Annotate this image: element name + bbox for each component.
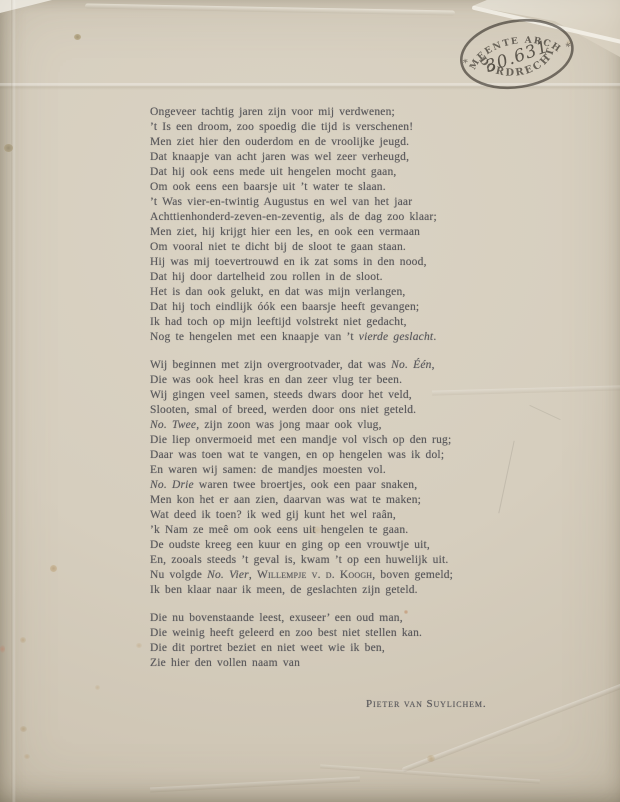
poem-line: Men kon het er aan zien, daarvan was wat… xyxy=(150,493,453,508)
poem-line: ’k Nam ze meê om ook eens uit hengelen t… xyxy=(150,523,453,538)
bottom-crease-right xyxy=(320,764,540,783)
faint-pencil-mark xyxy=(529,405,560,420)
poem-line: Die dit portret beziet en niet weet wie … xyxy=(150,641,453,656)
stamp-star-left: * xyxy=(462,58,469,70)
foxing-spot xyxy=(24,754,30,759)
poem-stanza: Ongeveer tachtig jaren zijn voor mij ver… xyxy=(150,105,453,345)
paper-sheet: GEMEENTE ARCHIEF DORDRECHT * * 30.631 On… xyxy=(0,0,620,802)
poem-line: Dat hij toch eindlijk óók een baarsje he… xyxy=(150,300,453,315)
bottom-crease-left xyxy=(150,777,360,793)
poem-line: En waren wij samen: de mandjes moesten v… xyxy=(150,463,453,478)
faint-pencil-mark xyxy=(498,441,514,514)
torn-corner-top-left xyxy=(0,0,52,13)
poem-line: Ongeveer tachtig jaren zijn voor mij ver… xyxy=(150,105,453,120)
poem-line: Hij was mij toevertrouwd en ik zat soms … xyxy=(150,255,453,270)
poem-line: Slooten, smal of breed, werden door ons … xyxy=(150,403,453,418)
foxing-spot xyxy=(50,565,57,572)
poem-line: No. Drie waren twee broertjes, ook een p… xyxy=(150,478,453,493)
poem-line: Men ziet hier den ouderdom en de vroolij… xyxy=(150,135,453,150)
poem-line: De oudste kreeg een kuur en ging op een … xyxy=(150,538,453,553)
poem-line: ’t Is een droom, zoo spoedig die tijd is… xyxy=(150,120,453,135)
foxing-spot xyxy=(95,685,100,690)
poem-line: Om ook eens een baarsje uit ’t water te … xyxy=(150,180,453,195)
poem-line: Nu volgde No. Vier, Willempje v. d. Koog… xyxy=(150,568,453,583)
poem-line: Wij gingen veel samen, steeds dwars door… xyxy=(150,388,453,403)
poem-line: Wat deed ik toen? ik wed gij kunt het we… xyxy=(150,508,453,523)
foxing-spot xyxy=(427,755,435,762)
poem-line: Die was ook heel kras en dan zeer vlug t… xyxy=(150,373,453,388)
signature-line: Pieter van Suylichem. xyxy=(366,698,487,710)
foxing-spot xyxy=(74,34,81,40)
poem-line: ’t Was vier-en-twintig Augustus en wel v… xyxy=(150,195,453,210)
foxing-spot xyxy=(20,637,26,643)
poem-line: En, zooals steeds ’t geval is, kwam ’t o… xyxy=(150,553,453,568)
poem-line: Achttienhonderd-zeven-en-zeventig, als d… xyxy=(150,210,453,225)
poem-stanza: Die nu bovenstaande leest, exuseer’ een … xyxy=(150,611,453,671)
poem-line: Dat knaapje van acht jaren was wel zeer … xyxy=(150,150,453,165)
poem-line: Dat hij ook eens mede uit hengelen mocht… xyxy=(150,165,453,180)
poem-line: Men ziet, hij krijgt hier een les, en oo… xyxy=(150,225,453,240)
poem-line: Die weinig heeft geleerd en zoo best nie… xyxy=(150,626,453,641)
vertical-fold-crease xyxy=(11,0,16,802)
poem-line: Dat hij door dartelheid zou rollen in de… xyxy=(150,270,453,285)
foxing-spot xyxy=(20,726,27,732)
poem-text: Ongeveer tachtig jaren zijn voor mij ver… xyxy=(150,105,453,684)
poem-line: Om vooral niet te dicht bij de sloot te … xyxy=(150,240,453,255)
foxing-spot xyxy=(0,645,5,653)
poem-line: Het is dan ook gelukt, en dat was mijn v… xyxy=(150,285,453,300)
poem-line: Daar was toen wat te vangen, en op henge… xyxy=(150,448,453,463)
poem-line: Wij beginnen met zijn overgrootvader, da… xyxy=(150,358,453,373)
scanned-document-photo: GEMEENTE ARCHIEF DORDRECHT * * 30.631 On… xyxy=(0,0,620,802)
top-edge-crease xyxy=(85,3,455,15)
poem-stanza: Wij beginnen met zijn overgrootvader, da… xyxy=(150,358,453,598)
poem-line: Die liep onvermoeid met een mandje vol v… xyxy=(150,433,453,448)
foxing-spot xyxy=(136,643,142,648)
poem-line: No. Twee, zijn zoon was jong maar ook vl… xyxy=(150,418,453,433)
poem-line: Nog te hengelen met een knaapje van ’t v… xyxy=(150,330,453,345)
poem-line: Ik had toch op mijn leeftijd volstrekt n… xyxy=(150,315,453,330)
poem-line: Zie hier den vollen naam van xyxy=(150,656,453,671)
archive-stamp: GEMEENTE ARCHIEF DORDRECHT * * 30.631 xyxy=(446,2,588,107)
bottom-right-crease xyxy=(401,678,620,772)
signature-name: Pieter van Suylichem. xyxy=(366,698,487,710)
poem-line: Die nu bovenstaande leest, exuseer’ een … xyxy=(150,611,453,626)
right-side-crease xyxy=(432,385,620,395)
foxing-spot xyxy=(4,144,13,152)
poem-line: Ik ben klaar naar ik meen, de geslachten… xyxy=(150,583,453,598)
